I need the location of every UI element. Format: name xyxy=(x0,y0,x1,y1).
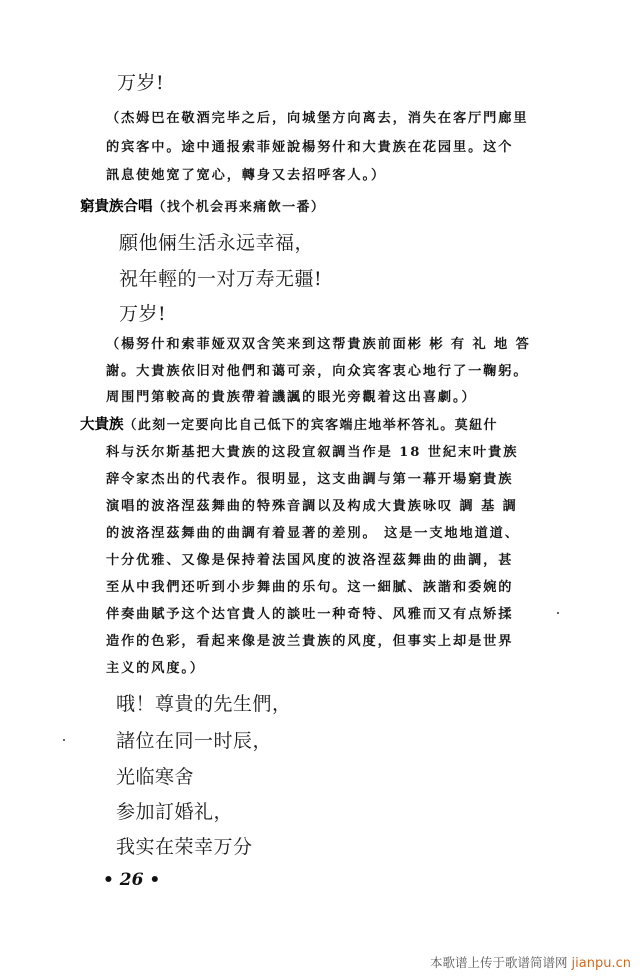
watermark-site: jianpu.cn xyxy=(572,956,631,971)
note-line: 的波洛涅茲舞曲的曲調有着显著的差別。 这是一支地地道道、 xyxy=(106,522,520,541)
lyric-line: 万岁! xyxy=(119,299,166,326)
stage-direction-line: 的宾客中。途中通报索菲娅說楊努什和大貴族在花园里。这个 xyxy=(106,136,513,155)
speck xyxy=(557,612,559,614)
stage-direction-line: 訊息使她宽了宽心，轉身又去招呼客人。） xyxy=(106,164,386,183)
grandee-heading: 大貴族（此刻一定要向比自己低下的宾客端庄地举杯答礼。莫紐什 xyxy=(80,413,498,434)
note-line: 演唱的波洛涅茲舞曲的特殊音調以及构成大貴族咏叹 調 基 調 xyxy=(106,495,518,514)
speaker-note: （此刻一定要向比自己低下的宾客端庄地举杯答礼。莫紐什 xyxy=(124,418,498,433)
stage-direction-line: （楊努什和索菲娅双双含笑来到这帮貴族前面彬 彬 有 礼 地 答 xyxy=(106,333,531,352)
note-line: 造作的色彩，看起来像是波兰貴族的风度，但事实上却是世界 xyxy=(106,630,513,649)
note-line: 伴奏曲賦予这个达官貴人的談吐一种奇特、风雅而又有点矫揉 xyxy=(106,603,513,622)
lyric-line: 光临寒舍 xyxy=(116,762,194,789)
note-line: 十分优雅、又像是保持着法国风度的波洛涅茲舞曲的曲調，甚 xyxy=(106,549,513,568)
note-line: 辞令家杰出的代表作。很明显，这支曲調与第一幕开場窮貴族 xyxy=(106,468,513,487)
note-line: 主义的风度。） xyxy=(106,657,205,676)
stage-direction-line: 謝。大貴族依旧对他們和蔼可亲，向众宾客衷心地行了一鞠躬。 xyxy=(106,360,528,379)
note-line: 至从中我們还听到小步舞曲的乐句。这一細膩、詼諧和委婉的 xyxy=(106,576,513,595)
speck xyxy=(63,739,65,741)
lyric-line: 我实在荣幸万分 xyxy=(116,832,253,859)
stage-direction-line: 周围門第較高的貴族帶着譏諷的眼光旁觀着这出喜劇。） xyxy=(106,386,477,405)
stage-direction-line: （杰姆巴在敬酒完毕之后，向城堡方向离去，消失在客厅門廊里 xyxy=(106,107,528,126)
opening-lyric: 万岁! xyxy=(117,68,164,95)
speaker-name: 窮貴族合唱 xyxy=(80,198,153,215)
chorus-heading: 窮貴族合唱（找个机会再来痛飲一番） xyxy=(80,195,325,216)
note-line: 科与沃尔斯基把大貴族的这段宣叙調当作是 18 世紀末叶貴族 xyxy=(106,441,518,460)
page-number: • 26 • xyxy=(103,870,160,890)
watermark: 本歌谱上传于歌谱简谱网jianpu.cn xyxy=(430,953,631,971)
speaker-name: 大貴族 xyxy=(80,416,124,433)
lyric-line: 祝年輕的一对万寿无疆! xyxy=(119,264,322,291)
lyric-line: 参加訂婚礼， xyxy=(116,797,233,824)
lyric-line: 哦！尊貴的先生們， xyxy=(116,689,292,716)
lyric-line: 願他倆生活永远幸福， xyxy=(119,228,314,255)
speaker-note: （找个机会再来痛飲一番） xyxy=(153,200,326,215)
lyric-line: 諸位在同一时辰， xyxy=(116,726,272,753)
watermark-text: 本歌谱上传于歌谱简谱网 xyxy=(430,955,568,970)
